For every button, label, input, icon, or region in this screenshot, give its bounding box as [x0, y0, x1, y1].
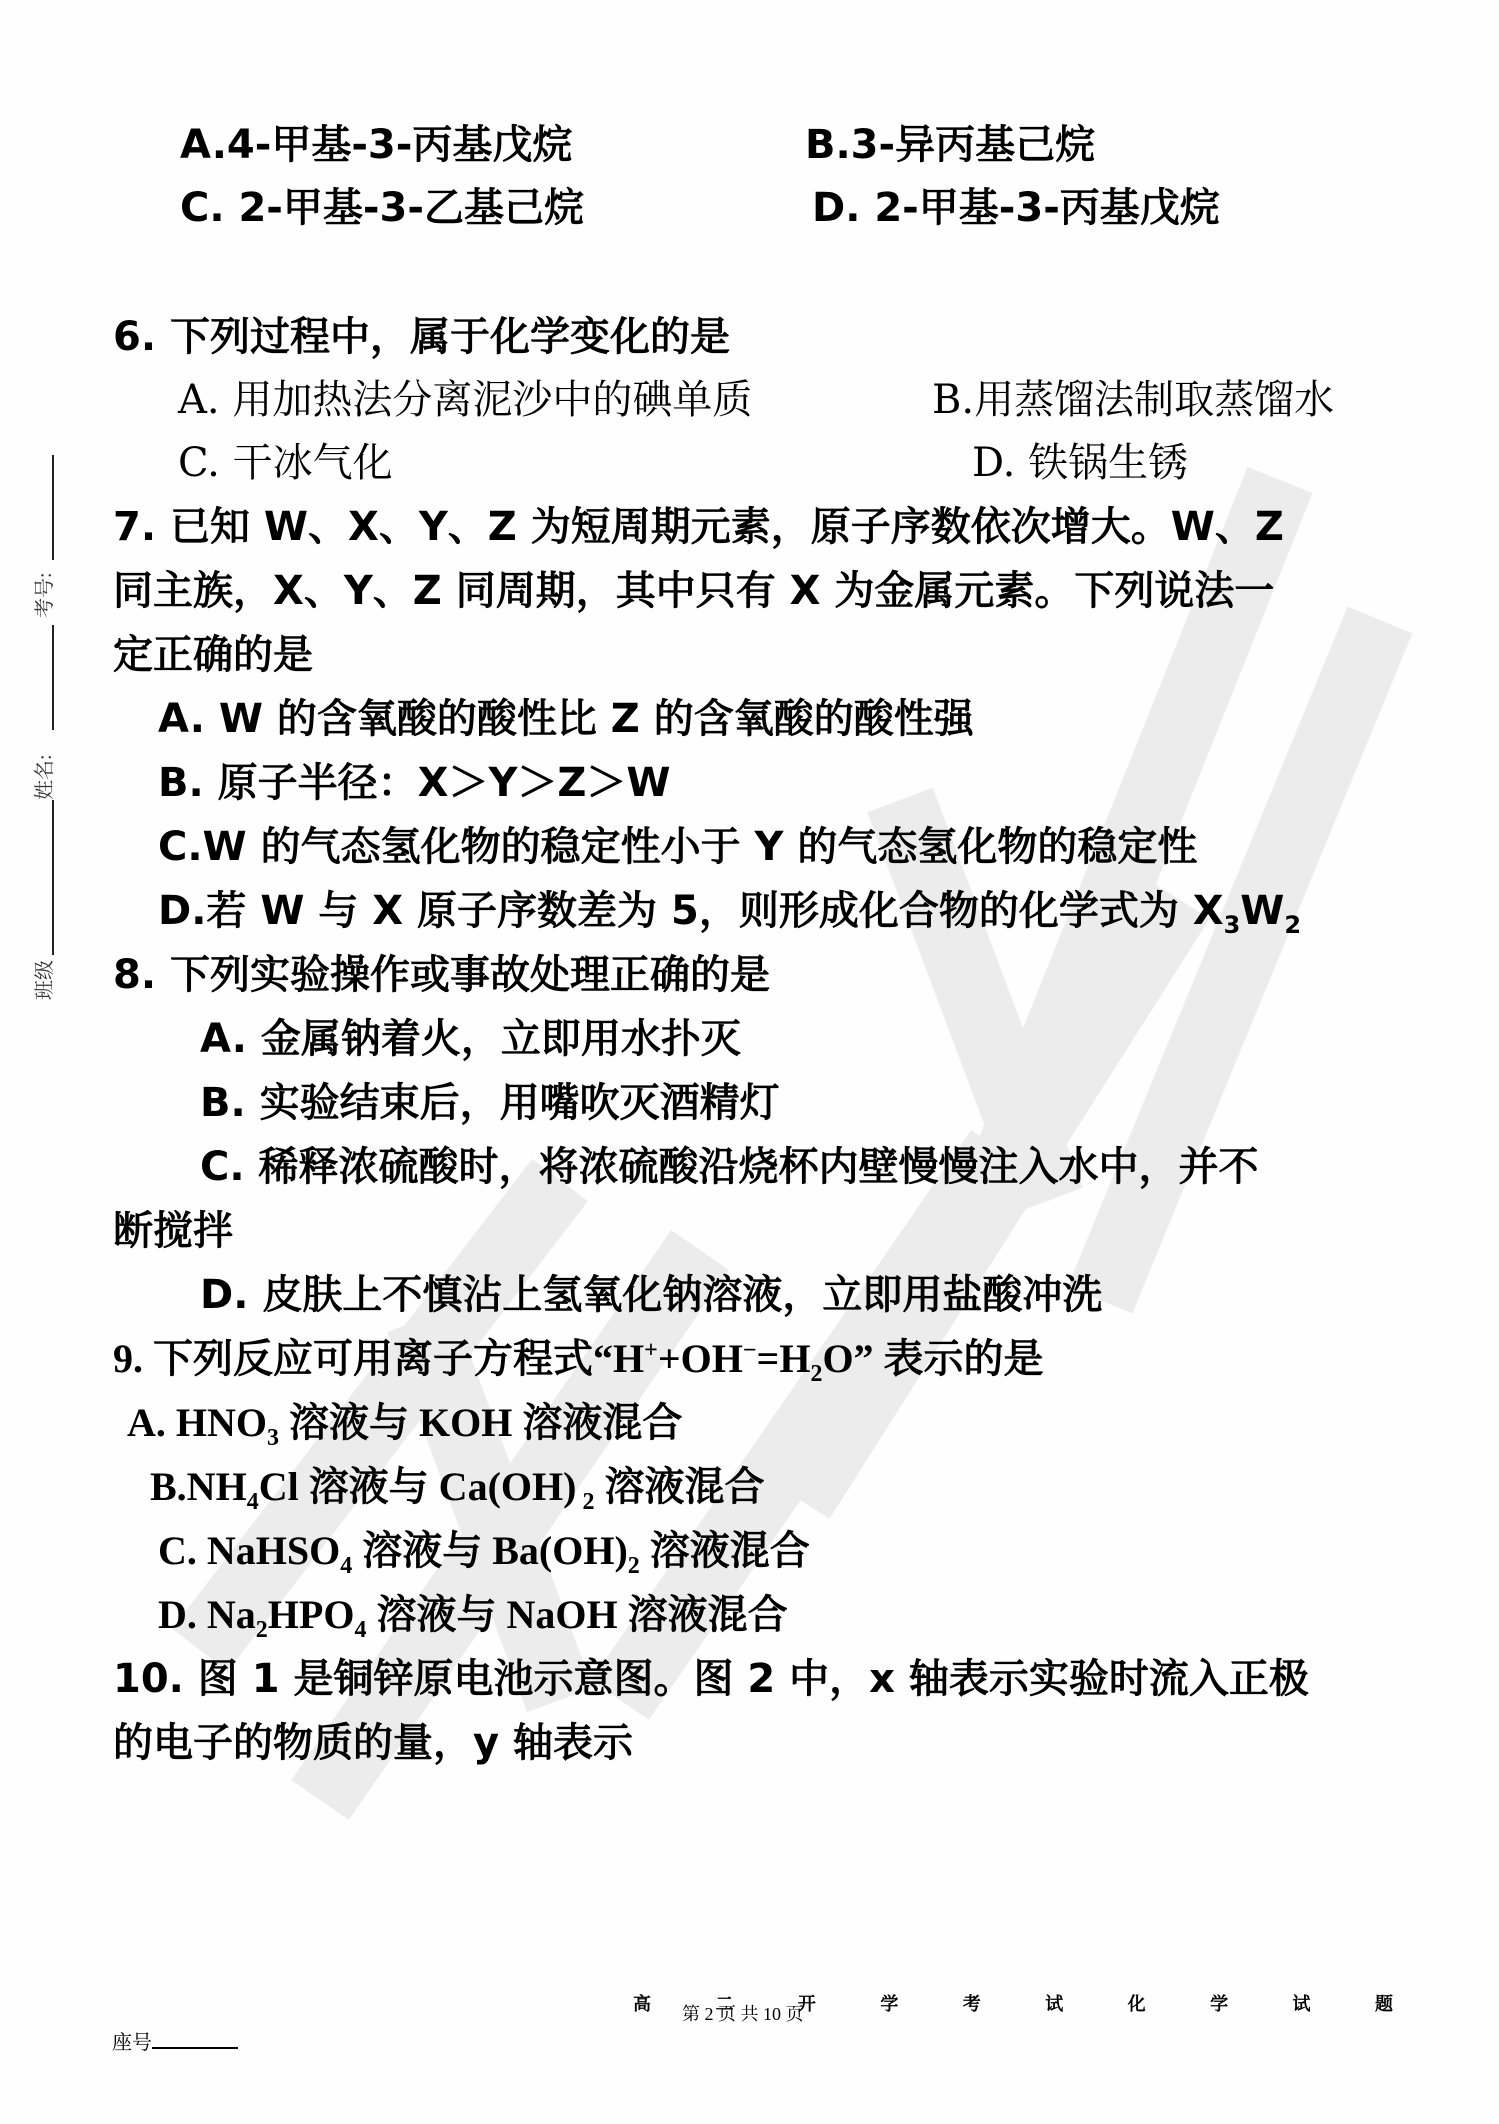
q9-option-c-post: 溶液混合: [640, 1528, 810, 1573]
q6-option-d: D. 铁锅生锈: [972, 439, 1188, 487]
q6-option-b: B.用蒸馏法制取蒸馏水: [932, 376, 1334, 424]
q8-stem: 8. 下列实验操作或事故处理正确的是: [113, 951, 770, 999]
q9-option-b: B.NH4Cl 溶液与 Ca(OH) 2 溶液混合: [150, 1463, 764, 1511]
q8-option-d: D. 皮肤上不慎沾上氢氧化钠溶液，立即用盐酸冲洗: [200, 1271, 1102, 1319]
q7-option-d-sub1: 3: [1224, 911, 1241, 939]
q6-option-a: A. 用加热法分离泥沙中的碘单质: [178, 376, 752, 424]
footer-char: 学: [1210, 1990, 1228, 2016]
q7-stem-line2: 同主族，X、Y、Z 同周期，其中只有 X 为金属元素。下列说法一: [113, 567, 1274, 615]
exam-no-label: 考号:: [28, 572, 57, 618]
q5-option-d: D. 2-甲基-3-丙基戊烷: [812, 184, 1220, 232]
q9-stem-prefix: 9. 下列反应可用离子方程式“H: [113, 1336, 644, 1381]
q6-stem: 6. 下列过程中，属于化学变化的是: [113, 313, 730, 361]
q9-stem-mid2: =H: [757, 1336, 811, 1381]
q8-option-c-line1: C. 稀释浓硫酸时，将浓硫酸沿烧杯内壁慢慢注入水中，并不: [200, 1143, 1258, 1191]
footer-char: 试: [1045, 1990, 1063, 2016]
q10-stem-line2: 的电子的物质的量，y 轴表示: [113, 1719, 633, 1767]
q9-option-d-sub1: 2: [256, 1617, 268, 1643]
q9-stem: 9. 下列反应可用离子方程式“H++OH−=H2O” 表示的是: [113, 1335, 1044, 1383]
q10-stem-line1: 10. 图 1 是铜锌原电池示意图。图 2 中，x 轴表示实验时流入正极: [113, 1655, 1309, 1703]
q9-option-b-sub2: 2: [576, 1489, 594, 1515]
q9-option-a-pre: A. HNO: [127, 1400, 267, 1445]
q9-option-a-post: 溶液与 KOH 溶液混合: [279, 1400, 682, 1445]
name-underline[interactable]: [52, 625, 54, 730]
q6-option-c: C. 干冰气化: [178, 439, 393, 487]
q9-option-c: C. NaHSO4 溶液与 Ba(OH)2 溶液混合: [158, 1527, 810, 1575]
footer-char: 试: [1293, 1990, 1311, 2016]
class-label: 班级: [28, 960, 57, 1000]
q7-option-c: C.W 的气态氢化物的稳定性小于 Y 的气态氢化物的稳定性: [158, 823, 1197, 871]
q7-option-d-text: D.若 W 与 X 原子序数差为 5，则形成化合物的化学式为 X: [158, 888, 1224, 934]
q7-option-d-mid: W: [1240, 888, 1284, 934]
footer-char: 化: [1128, 1990, 1146, 2016]
q9-option-b-pre: B.NH: [150, 1464, 247, 1509]
footer-char: 学: [880, 1990, 898, 2016]
footer-char: 题: [1375, 1990, 1393, 2016]
q5-option-a: A.4-甲基-3-丙基戊烷: [180, 121, 572, 169]
name-label: 姓名:: [28, 754, 57, 800]
class-underline[interactable]: [52, 800, 54, 955]
q9-option-d-post: 溶液与 NaOH 溶液混合: [366, 1592, 787, 1637]
q7-option-d-sub2: 2: [1284, 911, 1301, 939]
q8-option-b: B. 实验结束后，用嘴吹灭酒精灯: [200, 1079, 780, 1127]
q8-option-c-line2: 断搅拌: [113, 1207, 233, 1255]
q9-stem-suffix: O” 表示的是: [822, 1336, 1043, 1381]
q9-stem-sub: 2: [810, 1361, 822, 1387]
q5-option-b: B.3-异丙基己烷: [805, 121, 1095, 169]
q9-stem-mid1: +OH: [658, 1336, 743, 1381]
q9-option-c-sub2: 2: [628, 1553, 640, 1579]
q7-option-b: B. 原子半径：X＞Y＞Z＞W: [158, 759, 671, 807]
q9-option-c-mid: 溶液与 Ba(OH): [352, 1528, 628, 1573]
footer-char: 高: [633, 1990, 651, 2016]
q7-option-d: D.若 W 与 X 原子序数差为 5，则形成化合物的化学式为 X3W2: [158, 887, 1301, 935]
q9-option-a: A. HNO3 溶液与 KOH 溶液混合: [127, 1399, 682, 1447]
q9-option-c-pre: C. NaHSO: [158, 1528, 340, 1573]
q9-option-d-sub2: 4: [354, 1617, 366, 1643]
q9-option-d: D. Na2HPO4 溶液与 NaOH 溶液混合: [158, 1591, 788, 1639]
footer-char: 考: [963, 1990, 981, 2016]
q5-option-c: C. 2-甲基-3-乙基己烷: [180, 184, 584, 232]
q7-stem-line3: 定正确的是: [113, 631, 313, 679]
q7-option-a: A. W 的含氧酸的酸性比 Z 的含氧酸的酸性强: [158, 695, 974, 743]
seat-field: 座号: [112, 2026, 238, 2055]
q9-option-b-sub1: 4: [247, 1489, 259, 1515]
q9-option-b-mid: Cl 溶液与 Ca(OH): [259, 1464, 577, 1509]
q9-option-d-mid: HPO: [268, 1592, 355, 1637]
q9-option-c-sub1: 4: [340, 1553, 352, 1579]
q9-option-b-post: 溶液混合: [594, 1464, 764, 1509]
exam-no-underline[interactable]: [52, 455, 54, 560]
q9-stem-sup1: +: [644, 1338, 658, 1364]
q9-option-d-pre: D. Na: [158, 1592, 256, 1637]
seat-underline[interactable]: [152, 2029, 238, 2049]
q8-option-a: A. 金属钠着火，立即用水扑灭: [200, 1015, 741, 1063]
seat-label: 座号: [112, 2032, 152, 2054]
q7-stem-line1: 7. 已知 W、X、Y、Z 为短周期元素，原子序数依次增大。W、Z: [113, 503, 1284, 551]
q9-stem-sup2: −: [743, 1338, 757, 1364]
page-indicator: 第 2 页 共 10 页: [682, 2000, 804, 2026]
q9-option-a-sub: 3: [267, 1425, 279, 1451]
